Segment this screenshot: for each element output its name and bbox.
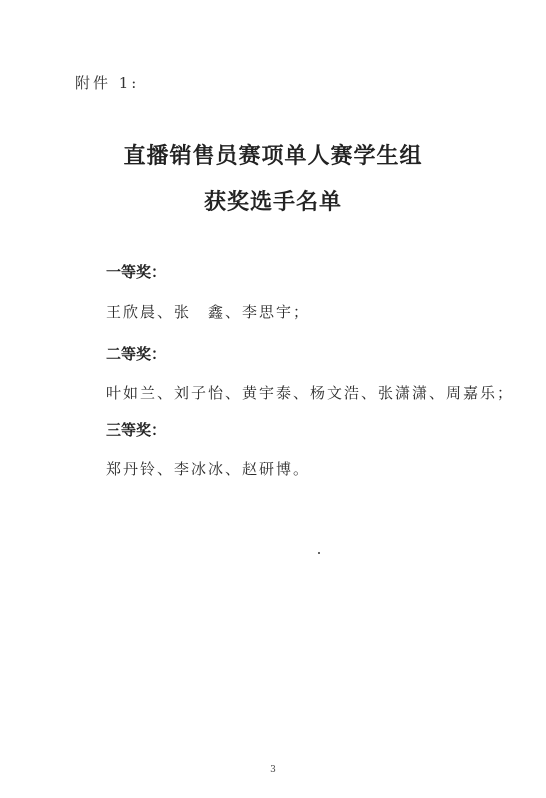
scan-speck [318, 552, 320, 554]
attachment-label: 附件 1: [75, 72, 139, 93]
second-prize-names: 叶如兰、刘子怡、黄宇泰、杨文浩、张潇潇、周嘉乐； [106, 382, 514, 403]
document-subtitle: 获奖选手名单 [0, 185, 546, 216]
page-number: 3 [0, 765, 546, 775]
first-prize-names: 王欣晨、张 鑫、李思宇； [106, 301, 310, 322]
third-prize-heading: 三等奖： [106, 419, 166, 440]
first-prize-heading: 一等奖： [106, 261, 166, 282]
document-title: 直播销售员赛项单人赛学生组 [0, 139, 546, 170]
third-prize-names: 郑丹铃、李冰冰、赵研博。 [106, 458, 310, 479]
second-prize-heading: 二等奖： [106, 343, 166, 364]
